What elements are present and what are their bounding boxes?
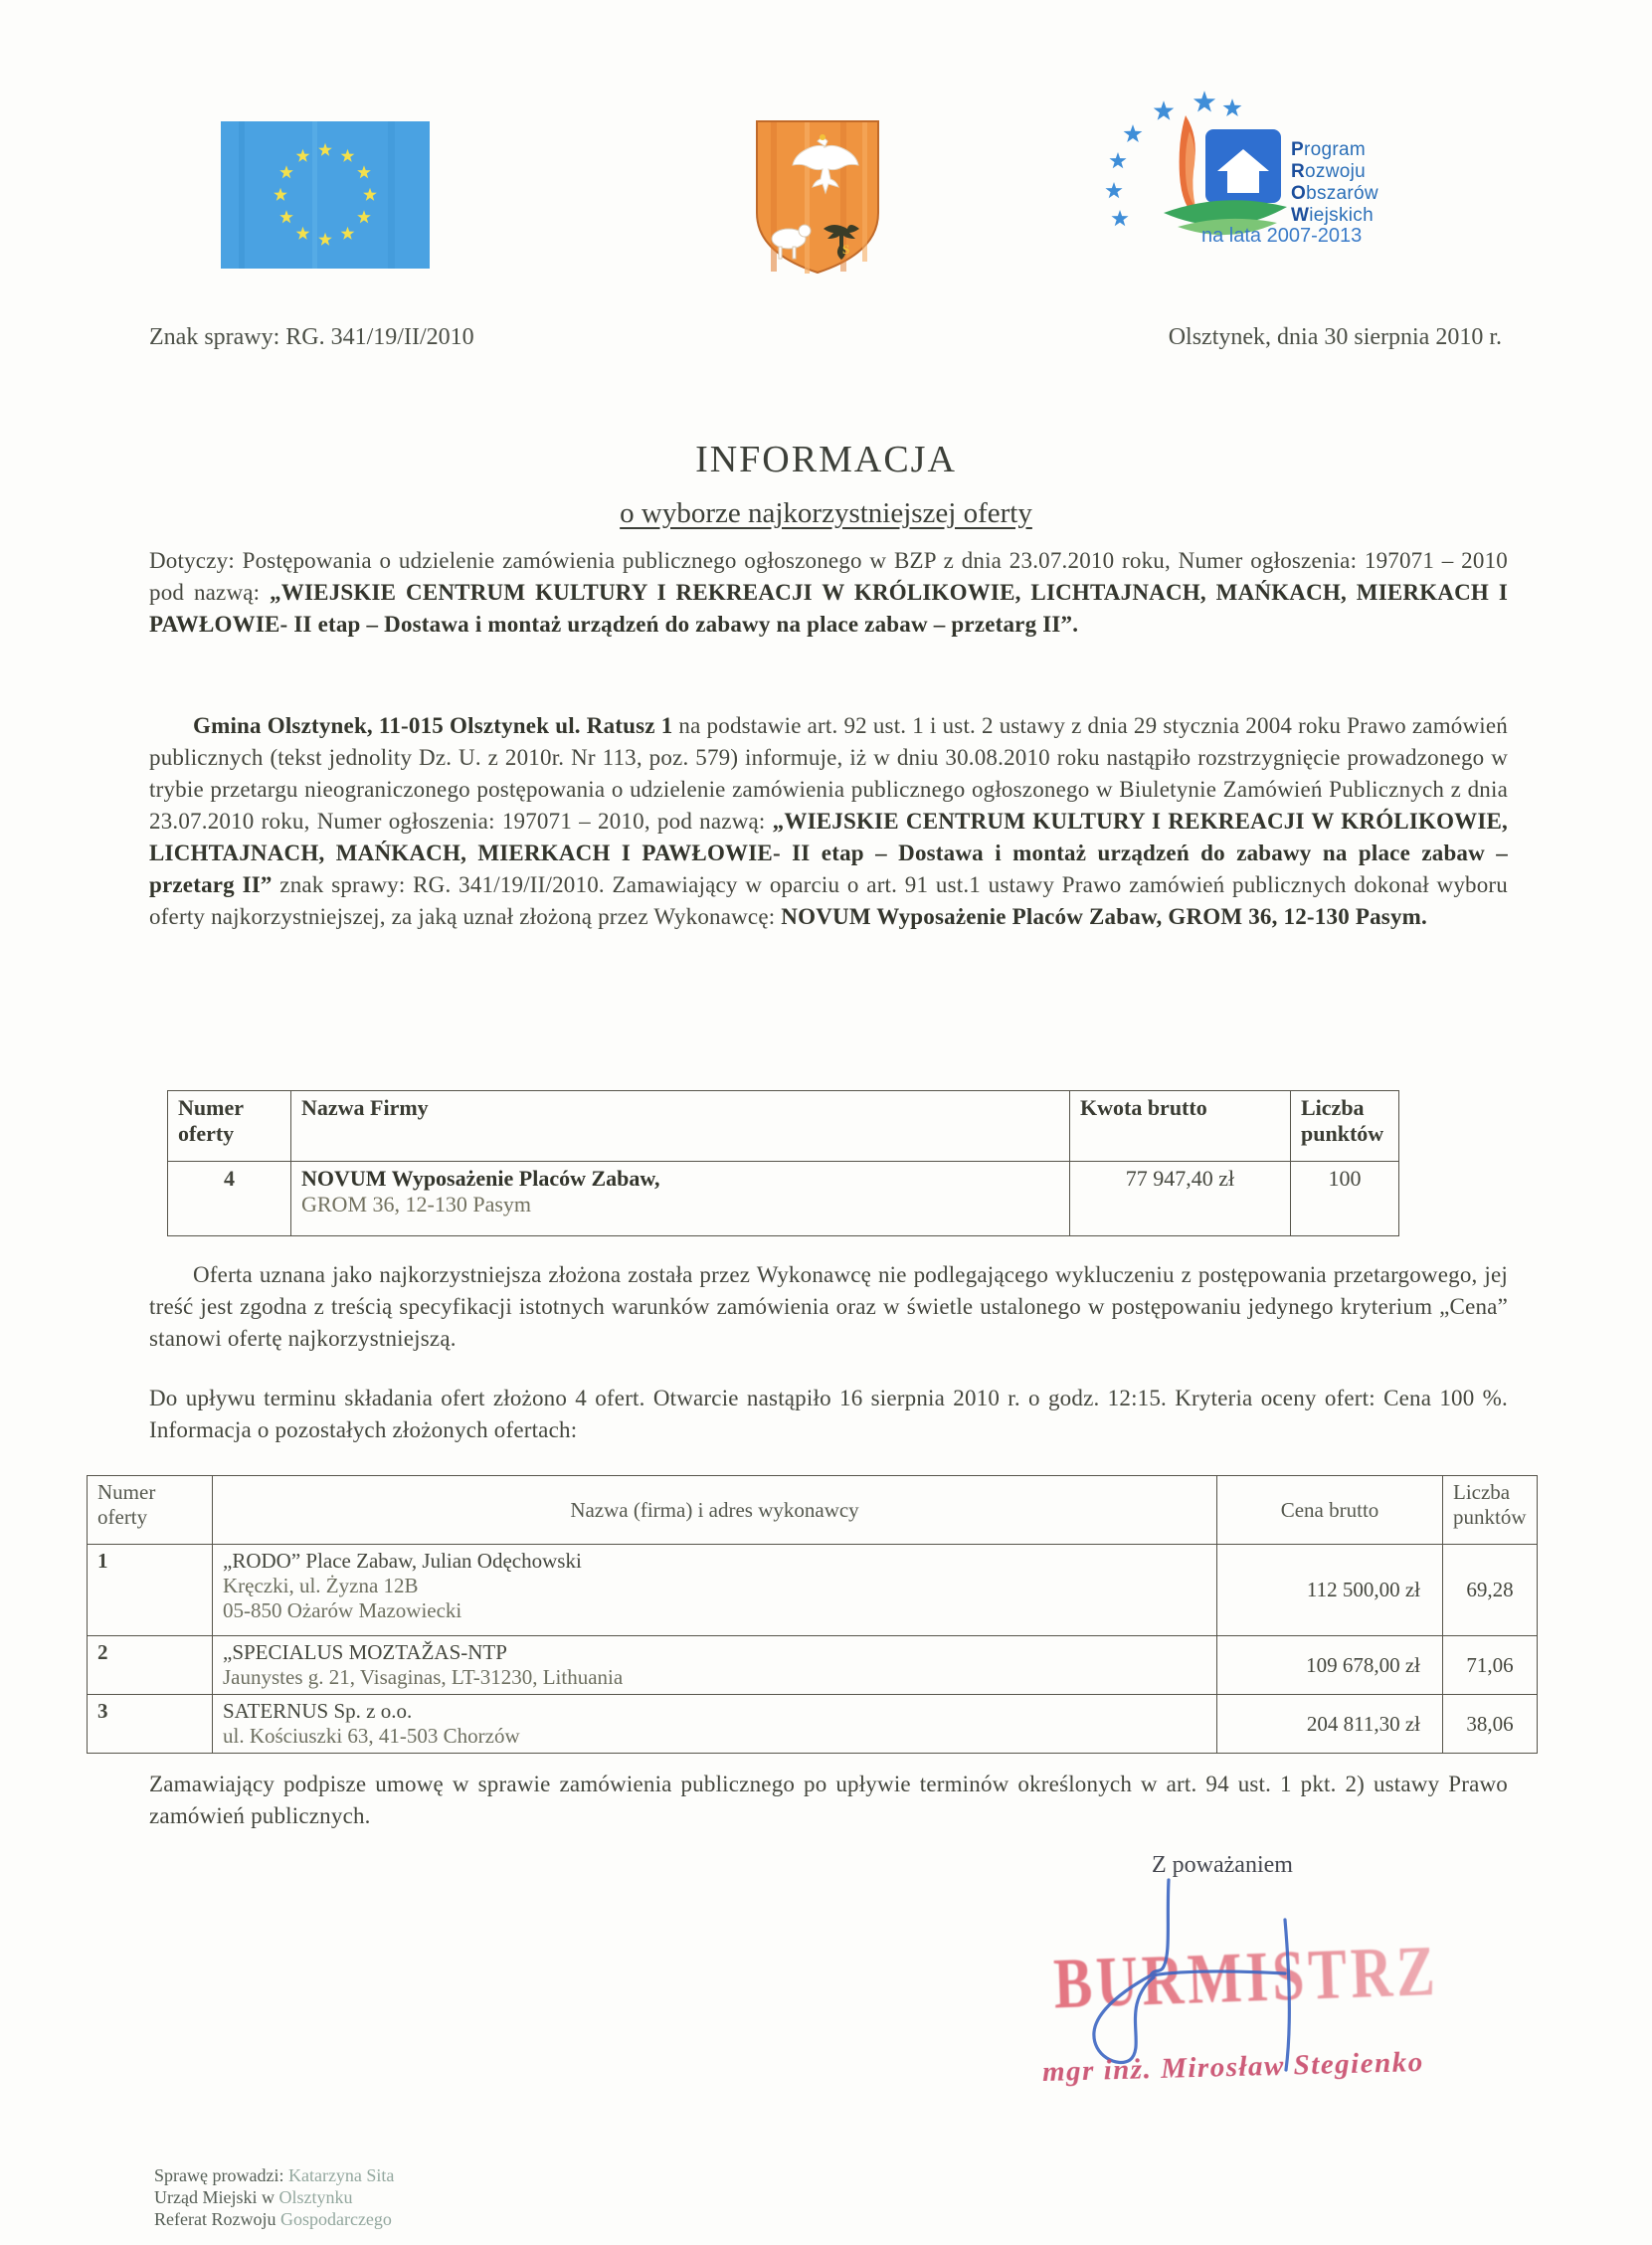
offer-row: 1 „RODO” Place Zabaw, Julian Odęchowski … [88, 1545, 1538, 1636]
paragraph-text-bold: „WIEJSKIE CENTRUM KULTURY I REKREACJI W … [149, 580, 1508, 637]
offer-row: 2 „SPECIALUS MOZTAŽAS-NTP Jaunystes g. 2… [88, 1636, 1538, 1695]
paragraph-dotyczy: Dotyczy: Postępowania o udzielenie zamów… [149, 545, 1508, 641]
offer-name-address: „SPECIALUS MOZTAŽAS-NTP Jaunystes g. 21,… [213, 1636, 1217, 1695]
paragraph-evaluation: Oferta uznana jako najkorzystniejsza zło… [149, 1259, 1508, 1355]
svg-text:S: S [842, 242, 849, 257]
footer-line: Urząd Miejski w Olsztynku [154, 2186, 394, 2208]
offer-name-line3: 05-850 Ożarów Mazowiecki [223, 1598, 461, 1622]
footer-value: Katarzyna Sita [288, 2165, 394, 2185]
offers-header-number: Numer oferty [88, 1476, 213, 1545]
offer-amount: 112 500,00 zł [1217, 1545, 1443, 1636]
eu-flag-logo [221, 121, 430, 269]
offers-table-header-row: Numer oferty Nazwa (firma) i adres wykon… [88, 1476, 1538, 1545]
paragraph-main: Gmina Olsztynek, 11-015 Olsztynek ul. Ra… [149, 710, 1508, 933]
footer-contact: Sprawę prowadzi: Katarzyna Sita Urząd Mi… [154, 2164, 394, 2230]
prow-text-line: Obszarów [1291, 183, 1378, 205]
offer-name-line1: „SPECIALUS MOZTAŽAS-NTP [223, 1640, 507, 1664]
offer-row: 3 SATERNUS Sp. z o.o. ul. Kościuszki 63,… [88, 1695, 1538, 1754]
prow-logo-caption: na lata 2007-2013 [1201, 225, 1362, 248]
offer-number: 2 [88, 1636, 213, 1695]
prow-logo-text: Program Rozwoju Obszarów Wiejskich [1291, 139, 1378, 227]
footer-value: Gospodarczego [280, 2209, 392, 2229]
offers-table: Numer oferty Nazwa (firma) i adres wykon… [87, 1475, 1538, 1754]
footer-value: Olsztynku [278, 2187, 352, 2207]
winner-offer-name: NOVUM Wyposażenie Placów Zabaw, GROM 36,… [291, 1162, 1070, 1236]
offer-amount: 109 678,00 zł [1217, 1636, 1443, 1695]
winner-header-name: Nazwa Firmy [291, 1091, 1070, 1162]
offers-header-points: Liczba punktów [1443, 1476, 1538, 1545]
paragraph-contract: Zamawiający podpisze umowę w sprawie zam… [149, 1769, 1508, 1832]
offer-points: 38,06 [1443, 1695, 1538, 1754]
winner-offer-points: 100 [1291, 1162, 1399, 1236]
paragraph-text: Oferta uznana jako najkorzystniejsza zło… [149, 1262, 1508, 1351]
offer-name-line2: Kręczki, ul. Żyzna 12B [223, 1574, 419, 1597]
winner-offer-number: 4 [168, 1162, 291, 1236]
offers-header-amount: Cena brutto [1217, 1476, 1443, 1545]
paragraph-text-bold: Gmina Olsztynek, 11-015 Olsztynek ul. Ra… [193, 713, 678, 738]
footer-label: Sprawę prowadzi: [154, 2165, 283, 2185]
footer-label: Urząd Miejski w [154, 2187, 275, 2207]
case-reference: Znak sprawy: RG. 341/19/II/2010 [149, 324, 474, 351]
winner-name-line1: NOVUM Wyposażenie Placów Zabaw, [301, 1166, 660, 1191]
prow-text-line: Wiejskich [1291, 205, 1378, 227]
document-title: INFORMACJA [0, 438, 1652, 481]
header-logos: S [0, 0, 1652, 298]
offer-name-line2: ul. Kościuszki 63, 41-503 Chorzów [223, 1724, 520, 1748]
case-reference-line: Znak sprawy: RG. 341/19/II/2010 Olsztyne… [149, 324, 1502, 351]
winner-header-amount: Kwota brutto [1070, 1091, 1291, 1162]
winner-offer-amount: 77 947,40 zł [1070, 1162, 1291, 1236]
winner-row: 4 NOVUM Wyposażenie Placów Zabaw, GROM 3… [168, 1162, 1399, 1236]
paragraph-text: Do upływu terminu składania ofert złożon… [149, 1386, 1508, 1442]
offer-number: 3 [88, 1695, 213, 1754]
offer-name-address: „RODO” Place Zabaw, Julian Odęchowski Kr… [213, 1545, 1217, 1636]
winner-table-header-row: Numer oferty Nazwa Firmy Kwota brutto Li… [168, 1091, 1399, 1162]
prow-text-line: Program [1291, 139, 1378, 161]
title-block: INFORMACJA o wyborze najkorzystniejszej … [0, 438, 1652, 530]
prow-logo: Program Rozwoju Obszarów Wiejskich na la… [1094, 88, 1452, 257]
offer-name-line1: SATERNUS Sp. z o.o. [223, 1699, 412, 1723]
winner-header-points: Liczba punktów [1291, 1091, 1399, 1162]
offer-name-line1: „RODO” Place Zabaw, Julian Odęchowski [223, 1549, 582, 1573]
offer-points: 71,06 [1443, 1636, 1538, 1695]
offer-name-line2: Jaunystes g. 21, Visaginas, LT-31230, Li… [223, 1665, 623, 1689]
winner-name-line2: GROM 36, 12-130 Pasym [301, 1192, 531, 1216]
offers-header-name: Nazwa (firma) i adres wykonawcy [213, 1476, 1217, 1545]
offer-number: 1 [88, 1545, 213, 1636]
winner-header-number: Numer oferty [168, 1091, 291, 1162]
footer-label: Referat Rozwoju [154, 2209, 275, 2229]
place-date: Olsztynek, dnia 30 sierpnia 2010 r. [1169, 324, 1502, 351]
paragraph-criteria: Do upływu terminu składania ofert złożon… [149, 1383, 1508, 1446]
footer-line: Referat Rozwoju Gospodarczego [154, 2208, 394, 2230]
offer-name-address: SATERNUS Sp. z o.o. ul. Kościuszki 63, 4… [213, 1695, 1217, 1754]
document-subtitle: o wyborze najkorzystniejszej oferty [0, 497, 1652, 530]
prow-text-line: Rozwoju [1291, 161, 1378, 183]
coat-of-arms-logo: S [753, 117, 882, 277]
paragraph-text-bold: NOVUM Wyposażenie Placów Zabaw, GROM 36,… [781, 904, 1427, 929]
offer-amount: 204 811,30 zł [1217, 1695, 1443, 1754]
winner-table: Numer oferty Nazwa Firmy Kwota brutto Li… [167, 1090, 1399, 1236]
offer-points: 69,28 [1443, 1545, 1538, 1636]
footer-line: Sprawę prowadzi: Katarzyna Sita [154, 2164, 394, 2186]
paragraph-text: Zamawiający podpisze umowę w sprawie zam… [149, 1772, 1508, 1828]
document-page: S [0, 0, 1652, 2245]
